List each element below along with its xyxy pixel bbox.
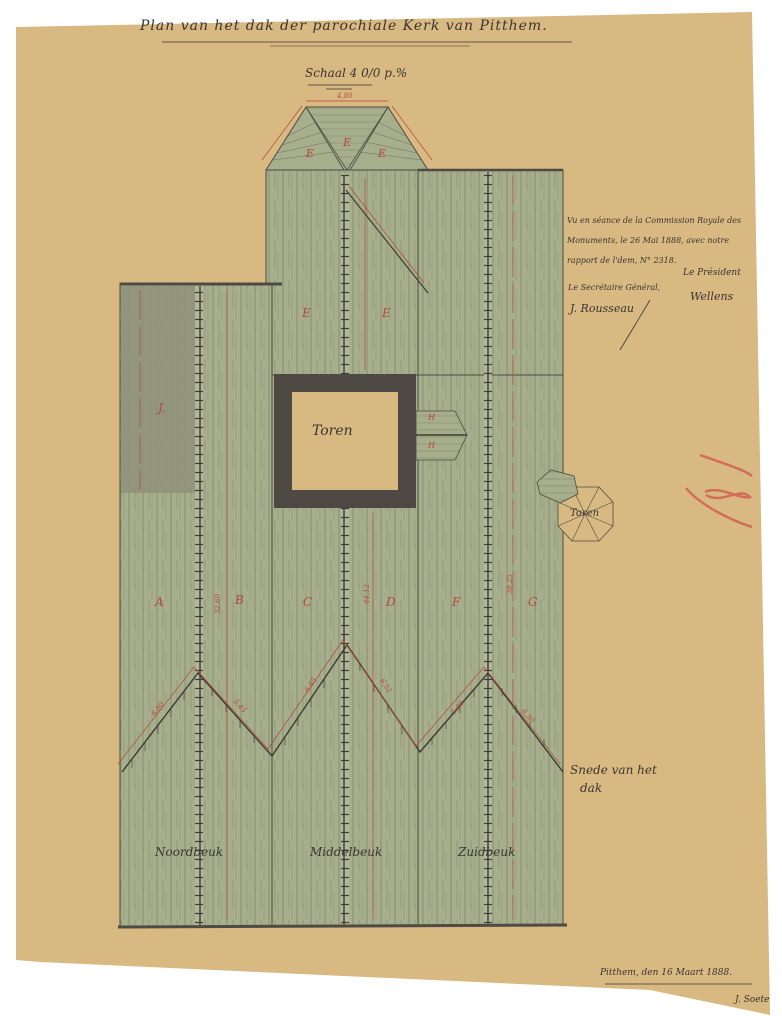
label-C: C xyxy=(303,595,312,609)
tower xyxy=(274,374,416,508)
label-B: B xyxy=(235,593,244,607)
turret-label: Toren xyxy=(570,508,599,519)
footer-place-date: Pitthem, den 16 Maart 1888. xyxy=(600,968,732,978)
label-G: G xyxy=(528,595,538,609)
label-E-apse-left: E xyxy=(306,147,314,160)
label-H-top: H xyxy=(428,413,435,422)
dim-G-length: 38,25 xyxy=(506,574,514,594)
approval-line-1: Vu en séance de la Commission Royale des xyxy=(567,216,741,225)
aisle-label-middle: Middelbeuk xyxy=(310,845,382,859)
president-title: Le Président xyxy=(683,268,741,278)
label-J: J. xyxy=(158,401,166,415)
label-E-right: E xyxy=(382,306,391,320)
scale-label: Schaal 4 0/0 p.% xyxy=(305,66,407,80)
dim-apse-top: 4,80 xyxy=(337,92,353,100)
label-E-apse-right: E xyxy=(378,147,386,160)
label-H-bottom: H xyxy=(428,441,435,450)
dim-D-length: 44,12 xyxy=(363,584,371,604)
secretary-title: Le Secrétaire Général, xyxy=(568,283,660,292)
aisle-label-north: Noordbeuk xyxy=(155,845,223,859)
approval-line-2: Monuments, le 26 Mai 1888, avec notre xyxy=(567,236,729,245)
ridge-ladder-3 xyxy=(484,172,492,926)
ridge-ladder-2 xyxy=(341,175,349,926)
drawing-sheet xyxy=(0,0,782,1024)
secretary-signature: J. Rousseau xyxy=(570,302,634,315)
label-E-apse-center: E xyxy=(343,136,351,149)
roof-section-J xyxy=(121,286,196,493)
dim-B-length: 32,60 xyxy=(214,594,222,614)
approval-line-3: rapport de l'dem, N° 2318. xyxy=(567,256,676,265)
label-E-left: E xyxy=(302,306,311,320)
tower-label: Toren xyxy=(312,423,353,439)
drawing-title: Plan van het dak der parochiale Kerk van… xyxy=(140,18,548,34)
footer-signature: J. Soete xyxy=(735,995,769,1005)
section-cut-label-line1: Snede van het xyxy=(570,763,657,777)
label-D: D xyxy=(386,595,396,609)
president-signature: Wellens xyxy=(690,290,733,303)
label-F: F xyxy=(452,595,460,609)
aisle-label-south: Zuidbeuk xyxy=(458,845,515,859)
ridge-ladder-1 xyxy=(195,286,203,926)
section-cut-label-line2: dak xyxy=(580,781,602,795)
label-A: A xyxy=(155,595,164,609)
